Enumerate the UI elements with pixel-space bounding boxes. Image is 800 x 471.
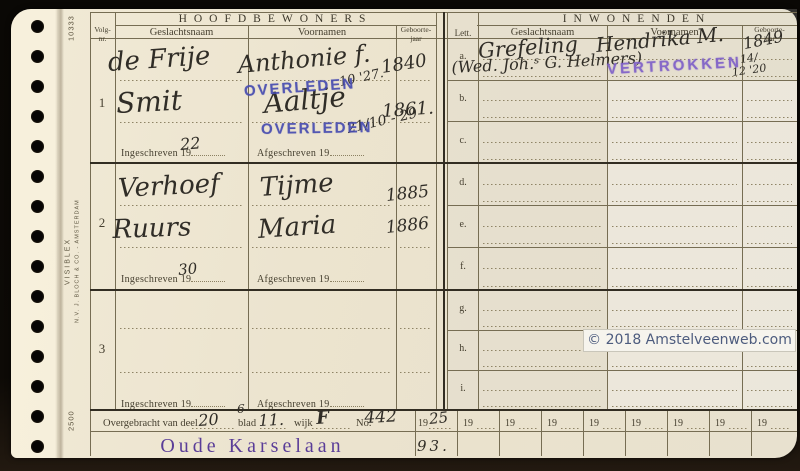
year-cell-1: 19 <box>463 418 473 429</box>
hw-firstname-2a: Tijme <box>259 168 335 203</box>
year-cell-8: 19 <box>757 418 767 429</box>
afgeschreven-text: Afgeschreven 19 <box>257 148 330 159</box>
hw-wijk-value: F <box>316 407 330 429</box>
dotted-leader <box>191 397 225 407</box>
year-cell-2: 19 <box>505 418 515 429</box>
overgebracht-label: Overgebracht van deel <box>103 418 198 429</box>
hw-surname-2b: Ruurs <box>112 212 192 245</box>
afgeschreven-label-row1: Afgeschreven 19 <box>257 146 364 159</box>
afgeschreven-label-row2: Afgeschreven 19 <box>257 272 364 285</box>
afgeschreven-text: Afgeschreven 19 <box>257 274 330 285</box>
ingeschreven-text: Ingeschreven 19 <box>121 399 191 410</box>
left-table-title: HOOFDBEWONERS <box>115 13 436 25</box>
letter-b: b. <box>451 93 475 104</box>
col-geboortejaar-left-line1: Geboorte- <box>396 25 436 34</box>
letter-i: i. <box>451 383 475 394</box>
blad-label: blad <box>238 418 256 429</box>
col-geslachtsnaam-left: Geslachtsnaam <box>115 27 248 38</box>
hw-firstname-2b: Maria <box>257 210 337 245</box>
year-cell-7: 19 <box>715 418 725 429</box>
hw-year-cell-value: 25 <box>428 408 449 428</box>
hw-blad-value: 11. <box>258 410 284 430</box>
row-number-2: 2 <box>91 215 113 231</box>
year-cell-5: 19 <box>631 418 641 429</box>
copyright-watermark: © 2018 Amstelveenweb.com <box>583 329 796 352</box>
right-table-title: INWONENDEN <box>477 13 797 25</box>
col-geboortejaar-left-line2: jaar <box>396 34 436 43</box>
dotted-leader <box>330 397 364 407</box>
overleden-stamp-2: OVERLEDEN <box>261 119 373 138</box>
year-cell-4: 19 <box>589 418 599 429</box>
year-cell-prefix: 19 <box>418 418 428 429</box>
hw-no-value: 442 <box>364 406 397 428</box>
col-geboortejaar-left: Geboorte- jaar <box>396 25 436 44</box>
col-volgnr-line2: nr. <box>90 34 115 43</box>
wijk-label: wijk <box>294 418 313 429</box>
ingeschreven-label-row3: Ingeschreven 19 <box>121 397 225 410</box>
ingeschreven-label-row1: Ingeschreven 19 <box>121 146 225 159</box>
col-voornamen-left: Voornamen <box>248 27 396 38</box>
hw-surname-1b: Smit <box>115 84 183 120</box>
letter-c: c. <box>451 135 475 146</box>
registration-card: 10333 2500 VISIBLEX N.V. J. BLOCH & CO. … <box>11 9 797 458</box>
col-volgnr-line1: Volg- <box>90 25 115 34</box>
afgeschreven-label-row3: Afgeschreven 19 <box>257 397 364 410</box>
year-cell-6: 19 <box>673 418 683 429</box>
dotted-leader <box>330 272 364 282</box>
row-number-1: 1 <box>91 95 113 111</box>
year-cell-3: 19 <box>547 418 557 429</box>
row-number-3: 3 <box>91 341 113 357</box>
hw-ingeschreven-year-1: 22 <box>179 133 201 154</box>
col-lett: Lett. <box>448 28 478 38</box>
letter-h: h. <box>451 343 475 354</box>
hw-house-number: 93. <box>417 437 450 455</box>
hw-deel-note: 6 <box>237 402 245 416</box>
letter-e: e. <box>451 219 475 230</box>
ingeschreven-label-row2: Ingeschreven 19 <box>121 272 225 285</box>
hw-surname-2a: Verhoef <box>117 169 220 204</box>
hw-ingeschreven-year-2: 30 <box>177 259 198 279</box>
col-volgnr: Volg- nr. <box>90 25 115 44</box>
street-stamp: Oude Karselaan <box>90 435 415 458</box>
letter-g: g. <box>451 303 475 314</box>
letter-f: f. <box>451 261 475 272</box>
hw-deel-value: 20 <box>198 410 220 430</box>
dotted-leader <box>330 146 364 156</box>
letter-d: d. <box>451 177 475 188</box>
